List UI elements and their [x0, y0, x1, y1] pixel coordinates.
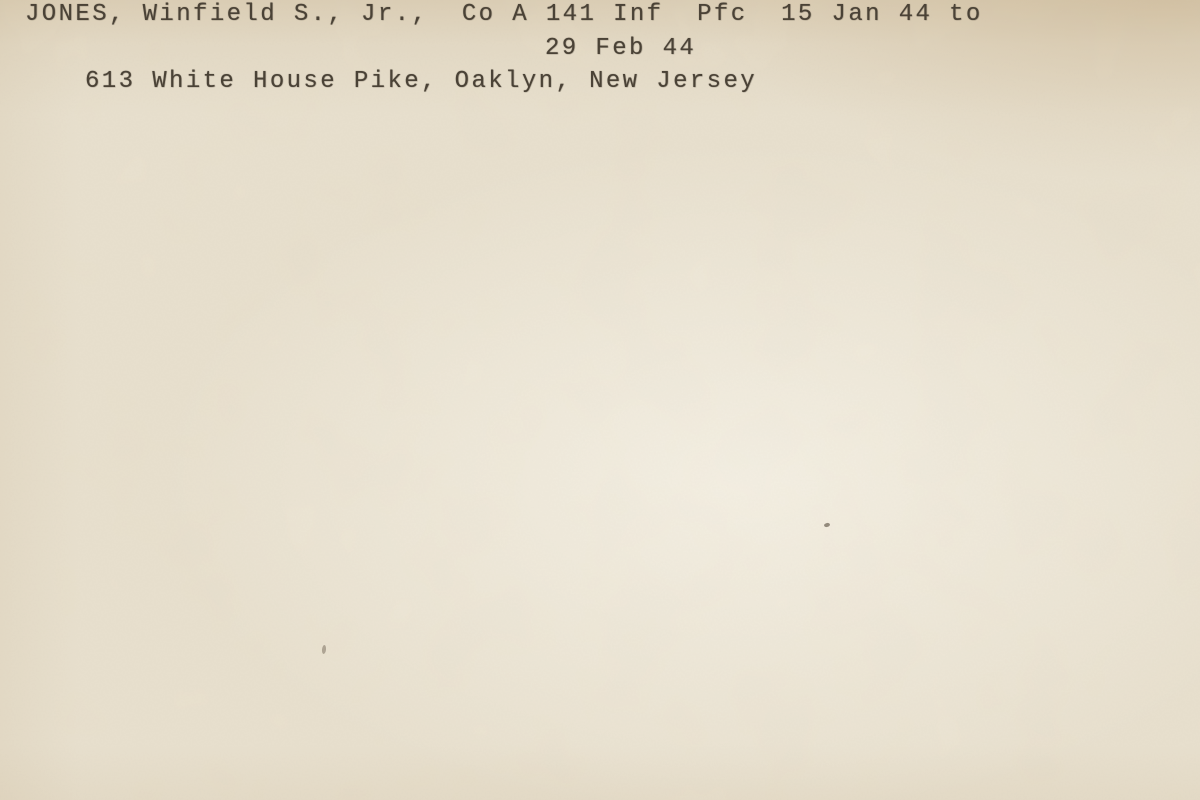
index-card: JONES, Winfield S., Jr., Co A 141 Inf Pf…	[0, 0, 1200, 800]
card-line-name-unit-rank-dates: JONES, Winfield S., Jr., Co A 141 Inf Pf…	[25, 1, 983, 29]
paper-speck	[824, 522, 831, 527]
paper-speck	[322, 645, 327, 654]
paper-texture	[0, 0, 1200, 800]
card-line-address: 613 White House Pike, Oaklyn, New Jersey	[85, 68, 757, 96]
card-line-end-date: 29 Feb 44	[545, 35, 696, 63]
